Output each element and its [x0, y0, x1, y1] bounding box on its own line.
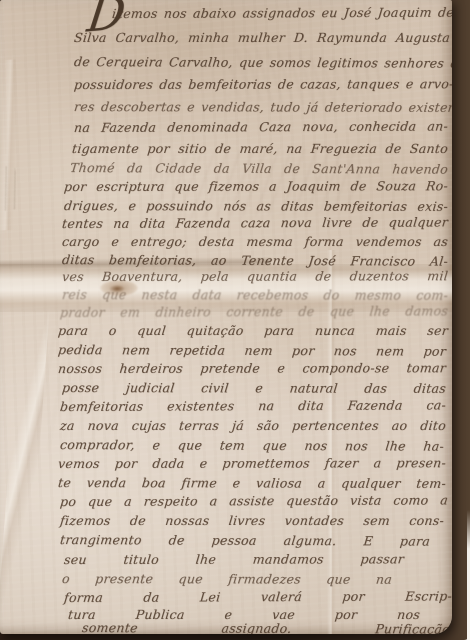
manuscript-line: o presente que firmadezes que na	[61, 571, 393, 589]
manuscript-page: D izemos nos abaixo assignados eu José J…	[0, 0, 452, 634]
manuscript-line: ves Boaventura, pela quantia de duzentos…	[61, 268, 449, 286]
manuscript-line: comprador, e que tem que nos nos lhe ha-	[59, 437, 445, 456]
manuscript-line: reis que nesta data recebemos do mesmo c…	[61, 287, 449, 305]
manuscript-line: de Cerqueira Carvalho, que somos legitim…	[73, 54, 451, 73]
manuscript-line: izemos nos abaixo assignados eu José Joa…	[111, 5, 449, 23]
manuscript-line: Silva Carvalho, minha mulher D. Raymunda…	[73, 30, 451, 47]
manuscript-line: na Fazenda denominada Caza nova, conheci…	[73, 118, 449, 137]
manuscript-line: forma da Lei valerá por Escrip-	[63, 588, 452, 607]
manuscript-line: somente assignado. Purificação	[81, 620, 451, 634]
manuscript-line: para o qual quitação para nunca mais ser	[57, 323, 449, 340]
manuscript-line: pedida nem repetida nem por nos nem por	[57, 342, 447, 361]
manuscript-line: seu titulo lhe mandamos passar	[63, 551, 405, 569]
manuscript-line: por escriptura que fizemos a Joaquim de …	[63, 178, 449, 196]
manuscript-text: izemos nos abaixo assignados eu José Joa…	[0, 0, 452, 634]
manuscript-line: za nova cujas terras já são pertencentes…	[59, 418, 447, 435]
manuscript-line: Thomé da Cidade da Villa de Sant'Anna ha…	[69, 160, 449, 179]
manuscript-line: tigamente por sitio de maré, na Freguezi…	[71, 141, 449, 158]
manuscript-line: drigues, e possuindo nós as ditas bemfei…	[63, 198, 449, 216]
manuscript-line: bemfeitorias existentes na dita Fazenda …	[59, 397, 447, 416]
manuscript-line: cargo e entrego; desta mesma forma vende…	[61, 234, 449, 251]
manuscript-line: res descobertas e vendidas, tudo já dete…	[73, 99, 451, 117]
manuscript-line: nossos herdeiros pretende e compondo-se …	[57, 360, 447, 378]
scanned-document: D izemos nos abaixo assignados eu José J…	[0, 0, 470, 643]
manuscript-line: po que a respeito a assiste questão vist…	[59, 492, 449, 511]
manuscript-line: prador em dinheiro corrente de que lhe d…	[59, 303, 449, 322]
manuscript-line: possuidores das bemfeitorias de cazas, t…	[73, 76, 451, 94]
manuscript-line: posse judicial civil e natural das ditas	[61, 380, 447, 398]
manuscript-line: vemos por dada e promettemos fazer a pre…	[57, 455, 447, 473]
manuscript-line: fizemos de nossas livres vontades sem co…	[59, 513, 445, 530]
manuscript-line: trangimento de pessoa alguma. E para	[59, 532, 431, 551]
manuscript-line: te venda boa firme e valiosa a qualquer …	[57, 475, 447, 493]
manuscript-line: tentes na dita Fazenda caza nova livre d…	[61, 214, 449, 233]
